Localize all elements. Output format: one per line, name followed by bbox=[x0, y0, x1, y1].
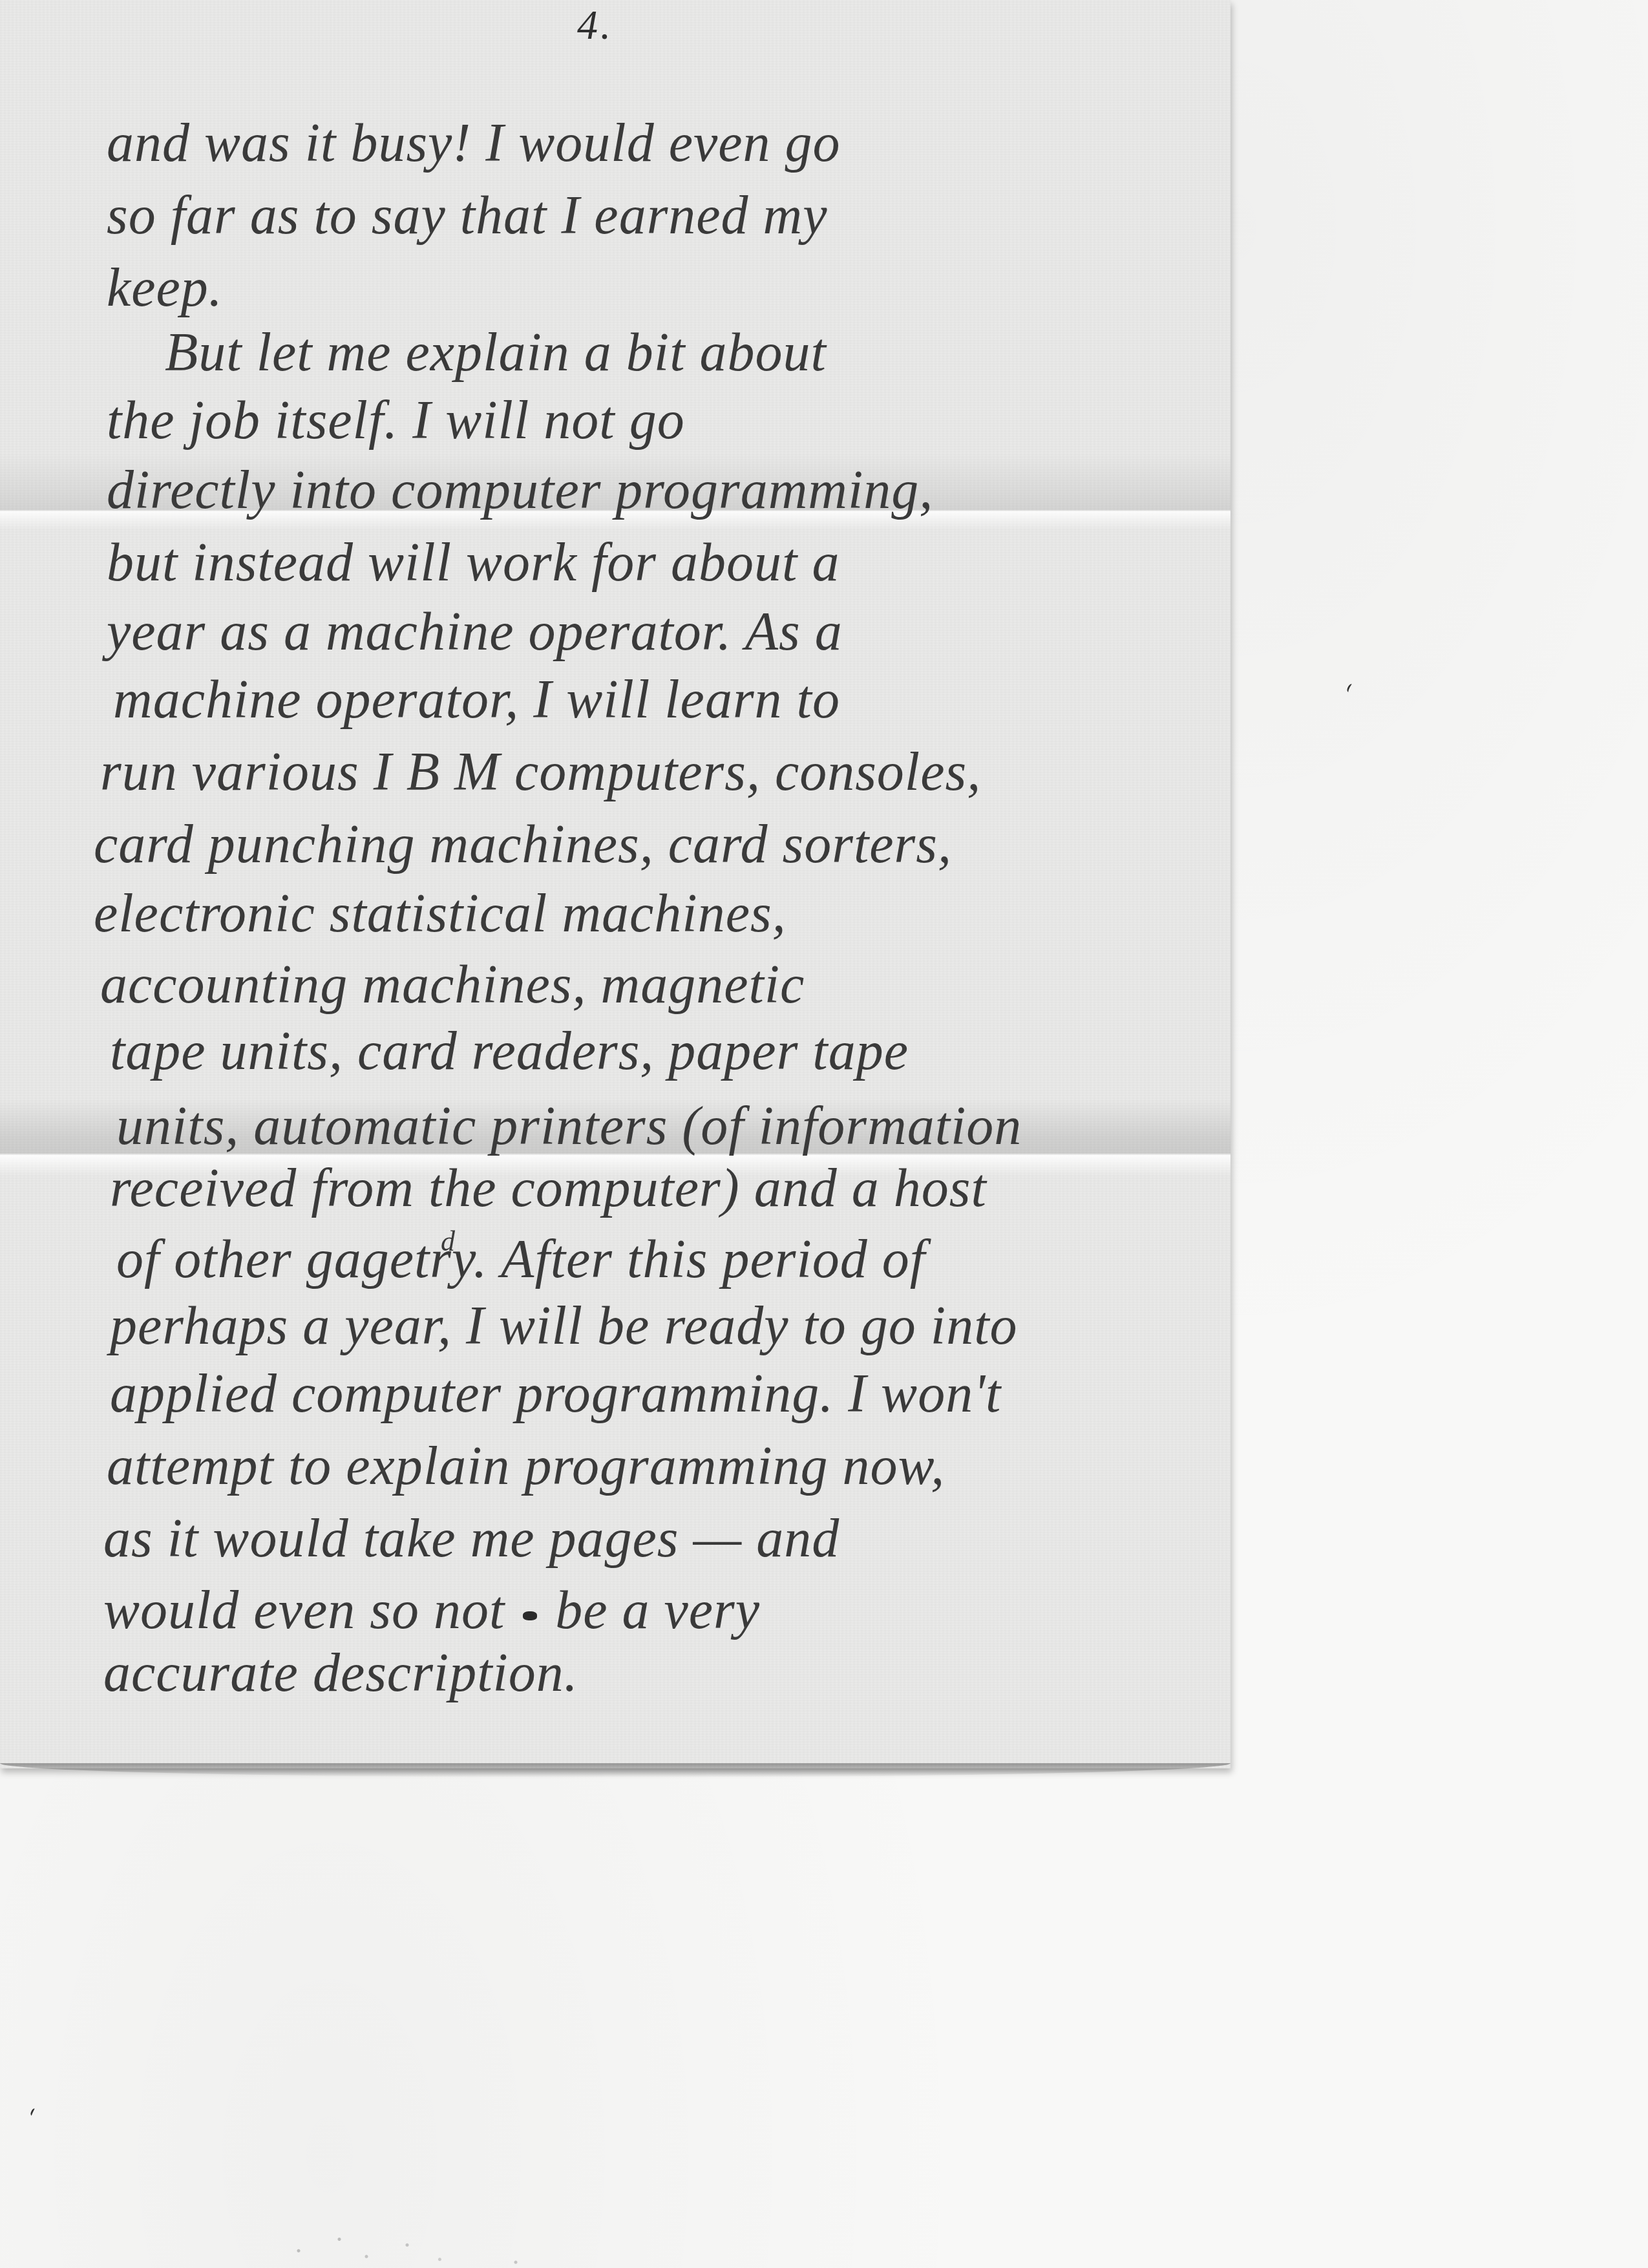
text-line: but instead will work for about a bbox=[107, 536, 840, 590]
text-line: accurate description. bbox=[103, 1646, 578, 1701]
text-line: applied computer programming. I won't bbox=[110, 1367, 1001, 1421]
erasure-smudge bbox=[523, 1611, 537, 1620]
scan-dust bbox=[271, 2210, 543, 2268]
text-line: keep. bbox=[107, 261, 223, 315]
text-line: run various I B M computers, consoles, bbox=[100, 745, 981, 800]
text-line: machine operator, I will learn to bbox=[113, 673, 840, 727]
text-line: so far as to say that I earned my bbox=[107, 189, 828, 243]
text-line: perhaps a year, I will be ready to go in… bbox=[110, 1299, 1018, 1353]
text-line: units, automatic printers (of informatio… bbox=[116, 1099, 1022, 1154]
text-segment: be a very bbox=[555, 1580, 760, 1640]
text-line: accounting machines, magnetic bbox=[100, 958, 805, 1012]
letter-sheet: 4. and was it busy! I would even go so f… bbox=[0, 0, 1231, 1768]
text-line: directly into computer programming, bbox=[107, 463, 933, 518]
text-line: attempt to explain programming now, bbox=[107, 1439, 945, 1494]
text-line paragraph-start: But let me explain a bit about bbox=[165, 326, 827, 380]
text-segment: would even so not bbox=[103, 1580, 505, 1640]
text-line: of other gagetry. After this period of bbox=[116, 1233, 925, 1287]
text-line: electronic statistical machines, bbox=[94, 887, 787, 941]
text-line: year as a machine operator. As a bbox=[107, 605, 843, 659]
text-line-with-erasure: would even so not be a very bbox=[103, 1584, 760, 1638]
text-line: as it would take me pages — and bbox=[103, 1512, 840, 1566]
text-line: card punching machines, card sorters, bbox=[94, 818, 952, 872]
text-line: received from the computer) and a host bbox=[110, 1161, 987, 1216]
page-number: 4. bbox=[577, 1, 613, 49]
text-line: the job itself. I will not go bbox=[107, 394, 685, 448]
text-line: and was it busy! I would even go bbox=[107, 116, 841, 171]
text-line: tape units, card readers, paper tape bbox=[110, 1024, 909, 1079]
